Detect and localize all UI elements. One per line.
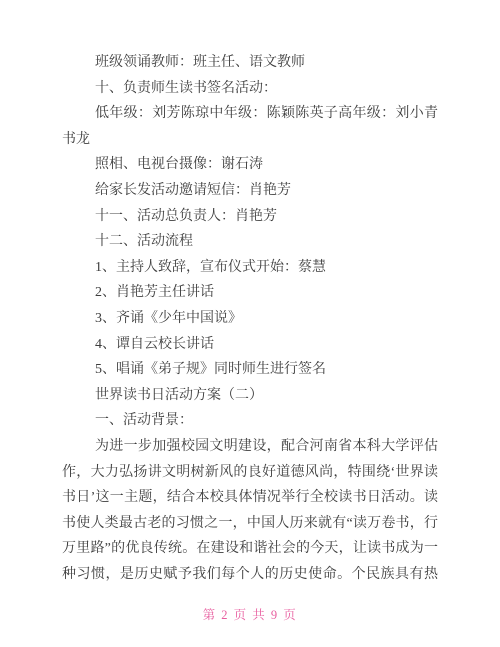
text-line: 十二、活动流程 <box>62 229 438 255</box>
text-line: 书使人类最古老的习惯之一，中国人历来就有“读万卷书，行 <box>62 511 438 537</box>
page-number-footer: 第 2 页 共 9 页 <box>0 605 500 625</box>
document-body: 班级领诵教师：班主任、语文教师十、负责师生读书签名活动：低年级：刘芳陈琼中年级：… <box>62 50 438 587</box>
document-page: 班级领诵教师：班主任、语文教师十、负责师生读书签名活动：低年级：刘芳陈琼中年级：… <box>0 0 500 647</box>
text-line: 十、负责师生读书签名活动： <box>62 76 438 102</box>
text-line: 2、肖艳芳主任讲话 <box>62 280 438 306</box>
text-line: 照相、电视台摄像：谢石涛 <box>62 152 438 178</box>
text-line: 为进一步加强校园文明建设，配合河南省本科大学评估工 <box>62 434 438 460</box>
text-line: 低年级：刘芳陈琼中年级：陈颖陈英子高年级：刘小青乔 <box>62 101 438 127</box>
text-line: 1、主持人致辞，宣布仪式开始：蔡慧 <box>62 255 438 281</box>
text-line: 一、活动背景： <box>62 408 438 434</box>
text-line: 4、谭自云校长讲话 <box>62 332 438 358</box>
text-line: 书日’这一主题，结合本校具体情况举行全校读书日活动。读 <box>62 485 438 511</box>
text-line: 万里路”的优良传统。在建设和谐社会的今天，让读书成为一 <box>62 536 438 562</box>
text-line: 十一、活动总负责人：肖艳芳 <box>62 204 438 230</box>
text-line: 5、唱诵《弟子规》同时师生进行签名 <box>62 357 438 383</box>
text-line: 作，大力弘扬讲文明树新风的良好道德风尚，特围绕‘世界读 <box>62 460 438 486</box>
text-line: 班级领诵教师：班主任、语文教师 <box>62 50 438 76</box>
text-line: 种习惯，是历史赋予我们每个人的历史使命。个民族具有热爱 <box>62 562 438 588</box>
text-line: 3、齐诵《少年中国说》 <box>62 306 438 332</box>
text-line: 世界读书日活动方案（二） <box>62 383 438 409</box>
text-line: 给家长发活动邀请短信：肖艳芳 <box>62 178 438 204</box>
text-line: 书龙 <box>62 127 438 153</box>
